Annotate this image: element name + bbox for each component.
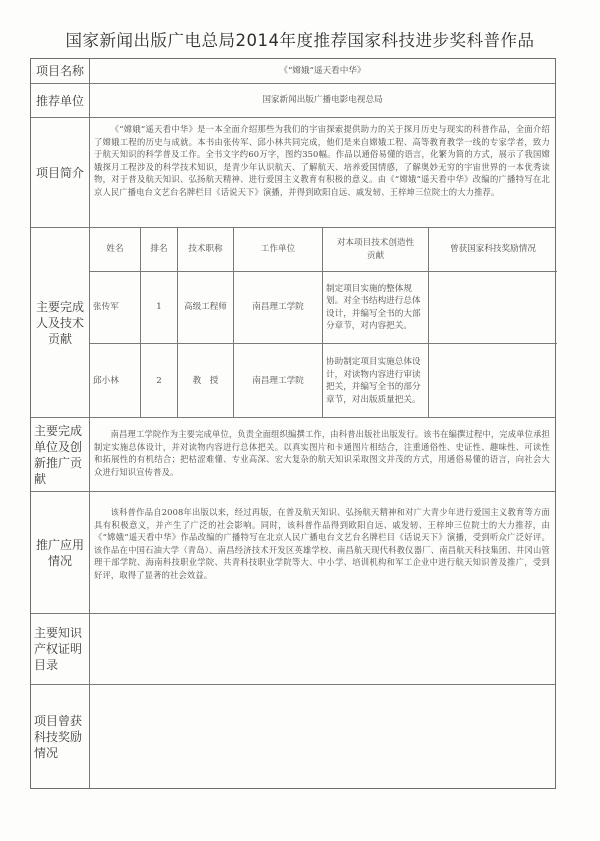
row-application: 推广应用 情况 该科普作品自2008年出版以来，经过再版，在普及航天知识、弘扬航… — [31, 492, 555, 614]
document-title: 国家新闻出版广电总局2014年度推荐国家科技进步奖科普作品 — [0, 27, 600, 51]
row-ip-catalog: 主要知识 产权证明 目录 — [31, 614, 555, 685]
value-ip-catalog — [90, 614, 555, 684]
value-project-name: 《“嫦娥”遥天看中华》 — [90, 59, 555, 83]
row-unit-contribution: 主要完成 单位及创 新推广贡 献 南昌理工学院作为主要完成单位，负责全面组织编撰… — [31, 418, 555, 492]
label-members: 主要完成 人及技术 贡献 — [31, 228, 90, 417]
label-summary: 项目简介 — [31, 118, 90, 227]
person-2-rank: 2 — [141, 344, 178, 418]
header-name: 姓名 — [90, 228, 141, 272]
members-table: 姓名 排名 技术职称 工作单位 对本项目技术创造性贡献 曾获国家科技奖励情况 张… — [90, 228, 555, 417]
value-summary: 《“嫦娥”遥天看中华》是一本全面介绍那些为我们的宇宙探索提供助力的关于探月历史与… — [90, 118, 555, 227]
person-2-name: 邱小林 — [90, 344, 141, 418]
person-1-employer: 南昌理工学院 — [234, 272, 323, 344]
label-recommender: 推荐单位 — [31, 84, 90, 117]
person-2-awards — [429, 344, 557, 418]
person-1-rank: 1 — [141, 272, 178, 344]
unit-contribution-text: 南昌理工学院作为主要完成单位，负责全面组织编撰工作，由科普出版社出版发行。该书在… — [90, 418, 555, 478]
person-1-title: 高级工程师 — [178, 272, 234, 344]
person-2-contribution: 协助制定项目实施总体设计，对读物内容进行审读把关，并编写全书的部分章节，对出版质… — [323, 344, 429, 418]
label-ip-catalog: 主要知识 产权证明 目录 — [31, 614, 90, 684]
value-application: 该科普作品自2008年出版以来，经过再版，在普及航天知识、弘扬航天精神和对广大青… — [90, 492, 555, 613]
header-title: 技术职称 — [178, 228, 234, 272]
nomination-form: 项目名称 《“嫦娥”遥天看中华》 推荐单位 国家新闻出版广播电影电视总局 项目简… — [30, 58, 556, 789]
row-recommender: 推荐单位 国家新闻出版广播电影电视总局 — [31, 84, 555, 118]
person-1-awards — [429, 272, 557, 344]
application-text: 该科普作品自2008年出版以来，经过再版，在普及航天知识、弘扬航天精神和对广大青… — [90, 492, 555, 581]
value-unit-contribution: 南昌理工学院作为主要完成单位，负责全面组织编撰工作，由科普出版社出版发行。该书在… — [90, 418, 555, 491]
label-unit-contribution: 主要完成 单位及创 新推广贡 献 — [31, 418, 90, 491]
header-awards: 曾获国家科技奖励情况 — [429, 228, 557, 272]
summary-text: 《“嫦娥”遥天看中华》是一本全面介绍那些为我们的宇宙探索提供助力的关于探月历史与… — [90, 118, 555, 198]
label-prior-awards: 项目曾获 科技奖励 情况 — [31, 685, 90, 789]
value-prior-awards — [90, 685, 555, 789]
person-2-employer: 南昌理工学院 — [234, 344, 323, 418]
label-application: 推广应用 情况 — [31, 492, 90, 613]
row-summary: 项目简介 《“嫦娥”遥天看中华》是一本全面介绍那些为我们的宇宙探索提供助力的关于… — [31, 118, 555, 228]
header-rank: 排名 — [141, 228, 178, 272]
row-project-name: 项目名称 《“嫦娥”遥天看中华》 — [31, 59, 555, 84]
person-1-contribution: 制定项目实施的整体规划。对全书结构进行总体设计，并编写全书的大部分章节，对内容把… — [323, 272, 429, 344]
label-project-name: 项目名称 — [31, 59, 90, 83]
value-recommender: 国家新闻出版广播电影电视总局 — [90, 84, 555, 117]
row-prior-awards: 项目曾获 科技奖励 情况 — [31, 685, 555, 789]
header-contribution: 对本项目技术创造性贡献 — [323, 228, 429, 272]
header-employer: 工作单位 — [234, 228, 323, 272]
person-2-title: 教 授 — [178, 344, 234, 418]
person-1-name: 张传军 — [90, 272, 141, 344]
row-members: 主要完成 人及技术 贡献 姓名 排名 技术职称 工作单位 对本项目技术创造性贡献… — [31, 228, 555, 418]
